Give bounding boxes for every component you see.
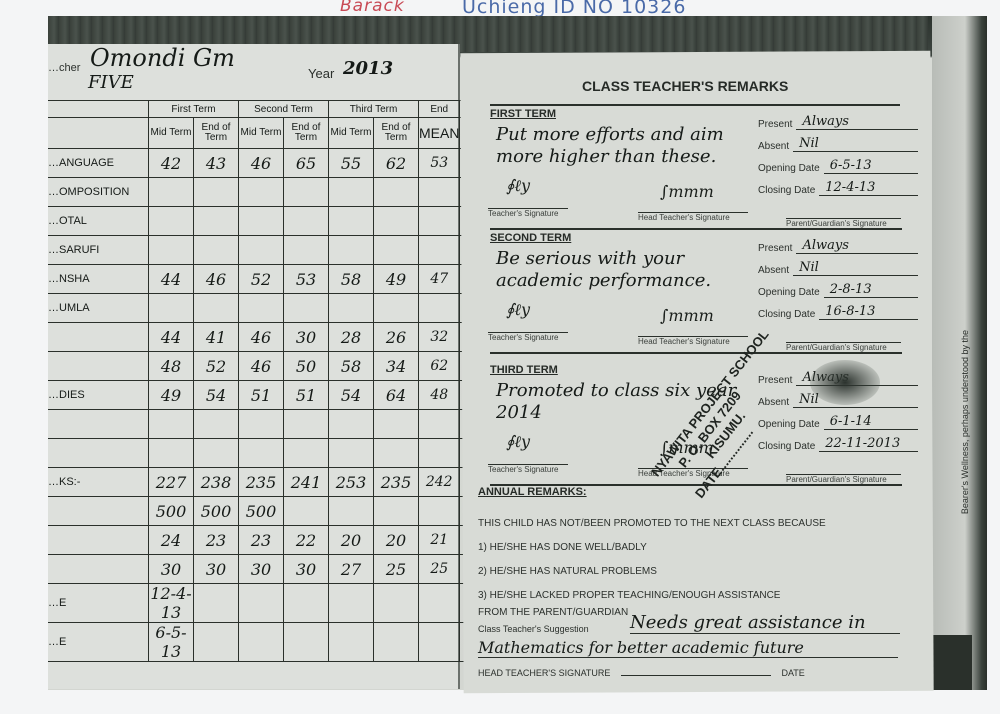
mark-cell: 500 — [239, 497, 284, 526]
teacher-signature-mark: ∮ℓy — [506, 432, 530, 452]
annual-line-4: 3) HE/SHE LACKED PROPER TEACHING/ENOUGH … — [478, 590, 780, 601]
mark-cell: 25 — [419, 555, 460, 584]
subject-label: …ANGUAGE — [48, 149, 149, 178]
mark-cell: 52 — [239, 265, 284, 294]
subject-label — [48, 555, 149, 584]
mark-cell: 22 — [284, 526, 329, 555]
mark-cell: 235 — [239, 468, 284, 497]
subheader-4: Mid Term — [329, 118, 374, 149]
mark-cell — [329, 294, 374, 323]
mark-cell: 23 — [239, 526, 284, 555]
term-heading: SECOND TERM — [490, 232, 571, 244]
table-row: …OTAL — [48, 207, 501, 236]
parent-signature-line: Parent/Guardian's Signature — [786, 342, 901, 352]
term-heading: THIRD TERM — [490, 364, 558, 376]
table-row: …KS:-227238235241253235242243 — [48, 468, 501, 497]
mark-cell — [374, 497, 419, 526]
mark-cell — [374, 623, 419, 662]
mark-cell: 25 — [374, 555, 419, 584]
teacher-signature-mark: ∮ℓy — [506, 176, 530, 196]
subject-label: …SARUFI — [48, 236, 149, 265]
mark-cell: 47 — [419, 265, 460, 294]
mark-cell: 58 — [329, 352, 374, 381]
mark-cell — [329, 178, 374, 207]
mark-cell: 44 — [149, 265, 194, 294]
subject-label — [48, 497, 149, 526]
suggestion-label: Class Teacher's Suggestion — [478, 624, 589, 634]
head-teacher-signature-line: Head Teacher's Signature — [638, 336, 748, 346]
subject-label: …KS:- — [48, 468, 149, 497]
mark-cell: 62 — [374, 149, 419, 178]
mark-cell — [374, 439, 419, 468]
parent-signature-line: Parent/Guardian's Signature — [786, 474, 901, 484]
subject-label: …E — [48, 623, 149, 662]
mark-cell: 51 — [284, 381, 329, 410]
subject-label: …DIES — [48, 381, 149, 410]
table-row: …SARUFI — [48, 236, 501, 265]
mark-cell — [419, 178, 460, 207]
header-end: End — [419, 101, 460, 118]
mark-cell — [419, 236, 460, 265]
table-row: …ANGUAGE4243466555625357 — [48, 149, 501, 178]
remarks-title: CLASS TEACHER'S REMARKS — [582, 78, 788, 94]
head-teacher-signature-line: Head Teacher's Signature — [638, 212, 748, 222]
mark-cell: 46 — [239, 323, 284, 352]
ink-smudge — [810, 360, 880, 405]
table-row: …UMLA — [48, 294, 501, 323]
table-row: …OMPOSITION — [48, 178, 501, 207]
mark-cell: 52 — [194, 352, 239, 381]
subject-label — [48, 323, 149, 352]
parent-signature-line: Parent/Guardian's Signature — [786, 218, 901, 228]
annual-remarks-heading: ANNUAL REMARKS: — [478, 486, 587, 498]
mark-cell — [239, 584, 284, 623]
mark-cell: 48 — [149, 352, 194, 381]
mark-cell: 227 — [149, 468, 194, 497]
mark-cell: 64 — [374, 381, 419, 410]
subject-label: …NSHA — [48, 265, 149, 294]
closing-date-field: Closing Date16-8-13 — [758, 304, 918, 320]
subject-label — [48, 439, 149, 468]
mark-cell: 54 — [329, 381, 374, 410]
teacher-signature-mark: ∮ℓy — [506, 300, 530, 320]
mark-cell — [194, 410, 239, 439]
table-row: …E12-4-13 — [48, 584, 501, 623]
annual-line-3: 2) HE/SHE HAS NATURAL PROBLEMS — [478, 566, 657, 577]
mark-cell — [329, 623, 374, 662]
subject-label: …OTAL — [48, 207, 149, 236]
mark-cell — [374, 178, 419, 207]
mark-cell — [284, 584, 329, 623]
head-teacher-signature-mark: ∫mmm — [660, 306, 714, 325]
mark-cell: 65 — [284, 149, 329, 178]
teacher-signature-line: Teacher's Signature — [488, 464, 568, 474]
mark-cell: 41 — [194, 323, 239, 352]
mark-cell — [194, 207, 239, 236]
table-row: 4441463028263229 — [48, 323, 501, 352]
mark-cell: 24 — [149, 526, 194, 555]
subject-label: …E — [48, 584, 149, 623]
marks-table: First Term Second Term Third Term End Me… — [48, 100, 502, 662]
subheader-6: MEAN — [419, 118, 460, 149]
table-row: 2423232220202121 — [48, 526, 501, 555]
present-field: PresentAlways — [758, 238, 918, 254]
mark-cell — [194, 178, 239, 207]
subheader-3: End of Term — [284, 118, 329, 149]
table-row — [48, 410, 501, 439]
mark-cell — [239, 294, 284, 323]
mark-cell: 500 — [194, 497, 239, 526]
mark-cell: 21 — [419, 526, 460, 555]
suggestion-line-2: Mathematics for better academic future — [478, 638, 898, 658]
mark-cell: 50 — [284, 352, 329, 381]
mark-cell: 55 — [329, 149, 374, 178]
absent-field: AbsentNil — [758, 136, 918, 152]
mark-cell — [194, 584, 239, 623]
mark-cell: 20 — [329, 526, 374, 555]
head-teacher-signature-label: HEAD TEACHER'S SIGNATURE DATE — [478, 668, 805, 678]
mark-cell — [239, 410, 284, 439]
mark-cell — [374, 584, 419, 623]
mark-cell: 241 — [284, 468, 329, 497]
mark-cell — [329, 410, 374, 439]
mark-cell — [374, 294, 419, 323]
mark-cell: 44 — [149, 323, 194, 352]
header-second-term: Second Term — [239, 101, 329, 118]
present-field: PresentAlways — [758, 114, 918, 130]
mark-cell: 62 — [419, 352, 460, 381]
mark-cell: 46 — [194, 265, 239, 294]
subject-label — [48, 410, 149, 439]
term-remark: Be serious with your academic performanc… — [496, 248, 756, 292]
mark-cell — [194, 236, 239, 265]
mark-cell: 23 — [194, 526, 239, 555]
mark-cell — [374, 410, 419, 439]
table-row: …E6-5-13 — [48, 623, 501, 662]
subheader-5: End of Term — [374, 118, 419, 149]
mark-cell: 46 — [239, 149, 284, 178]
mark-cell: 58 — [329, 265, 374, 294]
mark-cell: 30 — [194, 555, 239, 584]
mark-cell: 49 — [149, 381, 194, 410]
closing-date-field: Closing Date22-11-2013 — [758, 436, 918, 452]
mark-cell — [374, 207, 419, 236]
mark-cell: 53 — [419, 149, 460, 178]
term-remark: Put more efforts and aim more higher tha… — [496, 124, 756, 168]
mark-cell: 30 — [239, 555, 284, 584]
annual-line-2: 1) HE/SHE HAS DONE WELL/BADLY — [478, 542, 647, 553]
mark-cell — [329, 236, 374, 265]
mark-cell: 242 — [419, 468, 460, 497]
subheader-1: End of Term — [194, 118, 239, 149]
mark-cell — [419, 439, 460, 468]
teacher-label: …cher — [48, 62, 80, 74]
mark-cell — [419, 623, 460, 662]
annual-line-5: FROM THE PARENT/GUARDIAN — [478, 607, 628, 618]
mark-cell: 500 — [149, 497, 194, 526]
mark-cell: 42 — [149, 149, 194, 178]
mark-cell: 238 — [194, 468, 239, 497]
header-first-term: First Term — [149, 101, 239, 118]
spine-text: Bearer's Wellness, perhaps understood by… — [960, 330, 980, 690]
table-row — [48, 439, 501, 468]
mark-cell — [329, 207, 374, 236]
mark-cell — [284, 623, 329, 662]
mark-cell — [239, 439, 284, 468]
mark-cell: 49 — [374, 265, 419, 294]
mark-cell — [419, 207, 460, 236]
table-row: …NSHA4446525358494751 — [48, 265, 501, 294]
mark-cell: 6-5-13 — [149, 623, 194, 662]
mark-cell — [419, 410, 460, 439]
mark-cell — [194, 294, 239, 323]
mark-cell: 34 — [374, 352, 419, 381]
mark-cell — [239, 207, 284, 236]
mark-cell: 30 — [284, 323, 329, 352]
mark-cell: 48 — [419, 381, 460, 410]
mark-cell: 30 — [149, 555, 194, 584]
mark-cell — [419, 584, 460, 623]
suggestion-line-1: Needs great assistance in — [630, 612, 900, 634]
mark-cell: 26 — [374, 323, 419, 352]
mark-cell: 253 — [329, 468, 374, 497]
table-row: 3030303027252528 — [48, 555, 501, 584]
mark-cell — [149, 236, 194, 265]
term-heading: FIRST TERM — [490, 108, 556, 120]
closing-date-field: Closing Date12-4-13 — [758, 180, 918, 196]
mark-cell: 20 — [374, 526, 419, 555]
mark-cell — [284, 410, 329, 439]
teacher-signature-line: Teacher's Signature — [488, 208, 568, 218]
mark-cell — [284, 236, 329, 265]
opening-date-field: Opening Date2-8-13 — [758, 282, 918, 298]
subject-label: …UMLA — [48, 294, 149, 323]
table-row: 500500500 — [48, 497, 501, 526]
class-name: FIVE — [88, 72, 134, 93]
mark-cell — [329, 439, 374, 468]
subject-label: …OMPOSITION — [48, 178, 149, 207]
year-value: 2013 — [343, 58, 393, 79]
mark-cell — [194, 623, 239, 662]
mark-cell: 43 — [194, 149, 239, 178]
mark-cell: 53 — [284, 265, 329, 294]
year-label: Year — [308, 66, 334, 81]
mark-cell — [194, 439, 239, 468]
teacher-signature-line: Teacher's Signature — [488, 332, 568, 342]
mark-cell — [149, 439, 194, 468]
mark-cell: 235 — [374, 468, 419, 497]
mark-cell: 54 — [194, 381, 239, 410]
mark-cell — [284, 207, 329, 236]
annual-line-1: THIS CHILD HAS NOT/BEEN PROMOTED TO THE … — [478, 518, 826, 529]
table-row: 4852465058346251 — [48, 352, 501, 381]
opening-date-field: Opening Date6-1-14 — [758, 414, 918, 430]
mark-cell — [284, 439, 329, 468]
mark-cell — [284, 497, 329, 526]
mark-cell — [149, 178, 194, 207]
mark-cell — [239, 236, 284, 265]
mark-cell: 51 — [239, 381, 284, 410]
mark-cell — [329, 584, 374, 623]
head-teacher-signature-mark: ∫mmm — [660, 182, 714, 201]
opening-date-field: Opening Date6-5-13 — [758, 158, 918, 174]
mark-cell — [149, 207, 194, 236]
subheader-0: Mid Term — [149, 118, 194, 149]
mark-cell: 32 — [419, 323, 460, 352]
mark-cell: 12-4-13 — [149, 584, 194, 623]
header-third-term: Third Term — [329, 101, 419, 118]
mark-cell — [239, 623, 284, 662]
table-row: …DIES4954515154644855 — [48, 381, 501, 410]
absent-field: AbsentNil — [758, 260, 918, 276]
mark-cell — [239, 178, 284, 207]
red-handwritten-note: Barack — [340, 0, 405, 16]
mark-cell — [284, 178, 329, 207]
subject-label — [48, 352, 149, 381]
mark-cell: 28 — [329, 323, 374, 352]
subject-label — [48, 526, 149, 555]
mark-cell — [329, 497, 374, 526]
mark-cell — [284, 294, 329, 323]
mark-cell — [149, 410, 194, 439]
teacher-name: Omondi Gm — [90, 44, 235, 72]
mark-cell — [419, 294, 460, 323]
mark-cell: 27 — [329, 555, 374, 584]
mark-cell: 30 — [284, 555, 329, 584]
mark-cell: 46 — [239, 352, 284, 381]
mark-cell — [374, 236, 419, 265]
mark-cell — [149, 294, 194, 323]
subheader-2: Mid Term — [239, 118, 284, 149]
mark-cell — [419, 497, 460, 526]
